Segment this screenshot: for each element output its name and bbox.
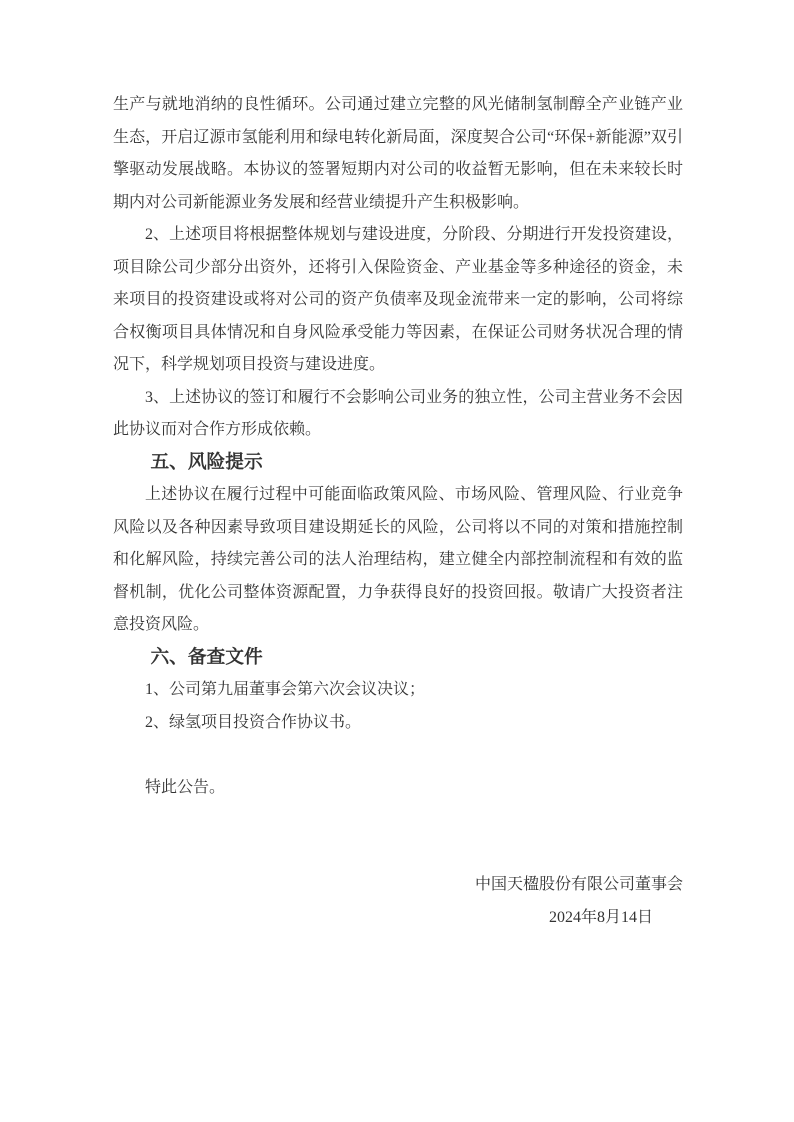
signature-block: 中国天楹股份有限公司董事会 2024年8月14日	[113, 869, 683, 934]
paragraph-risk-notice: 上述协议在履行过程中可能面临政策风险、市场风险、管理风险、行业竞争风险以及各种因…	[113, 479, 683, 642]
signature-company: 中国天楹股份有限公司董事会	[113, 869, 683, 902]
announcement-page: 生产与就地消纳的良性循环。公司通过建立完整的风光储制氢制醇全产业链产业生态，开启…	[0, 0, 794, 1122]
reference-document-item-1: 1、公司第九届董事会第六次会议决议；	[113, 674, 683, 707]
paragraph-continuation: 生产与就地消纳的良性循环。公司通过建立完整的风光储制氢制醇全产业链产业生态，开启…	[113, 89, 683, 219]
section-heading-risk-notice: 五、风险提示	[113, 447, 683, 480]
closing-statement: 特此公告。	[113, 772, 683, 805]
reference-document-item-2: 2、绿氢项目投资合作协议书。	[113, 707, 683, 740]
paragraph-item-2: 2、上述项目将根据整体规划与建设进度，分阶段、分期进行开发投资建设，项目除公司少…	[113, 219, 683, 382]
paragraph-item-3: 3、上述协议的签订和履行不会影响公司业务的独立性，公司主营业务不会因此协议而对合…	[113, 382, 683, 447]
signature-date: 2024年8月14日	[113, 902, 683, 935]
section-heading-reference-documents: 六、备查文件	[113, 642, 683, 675]
